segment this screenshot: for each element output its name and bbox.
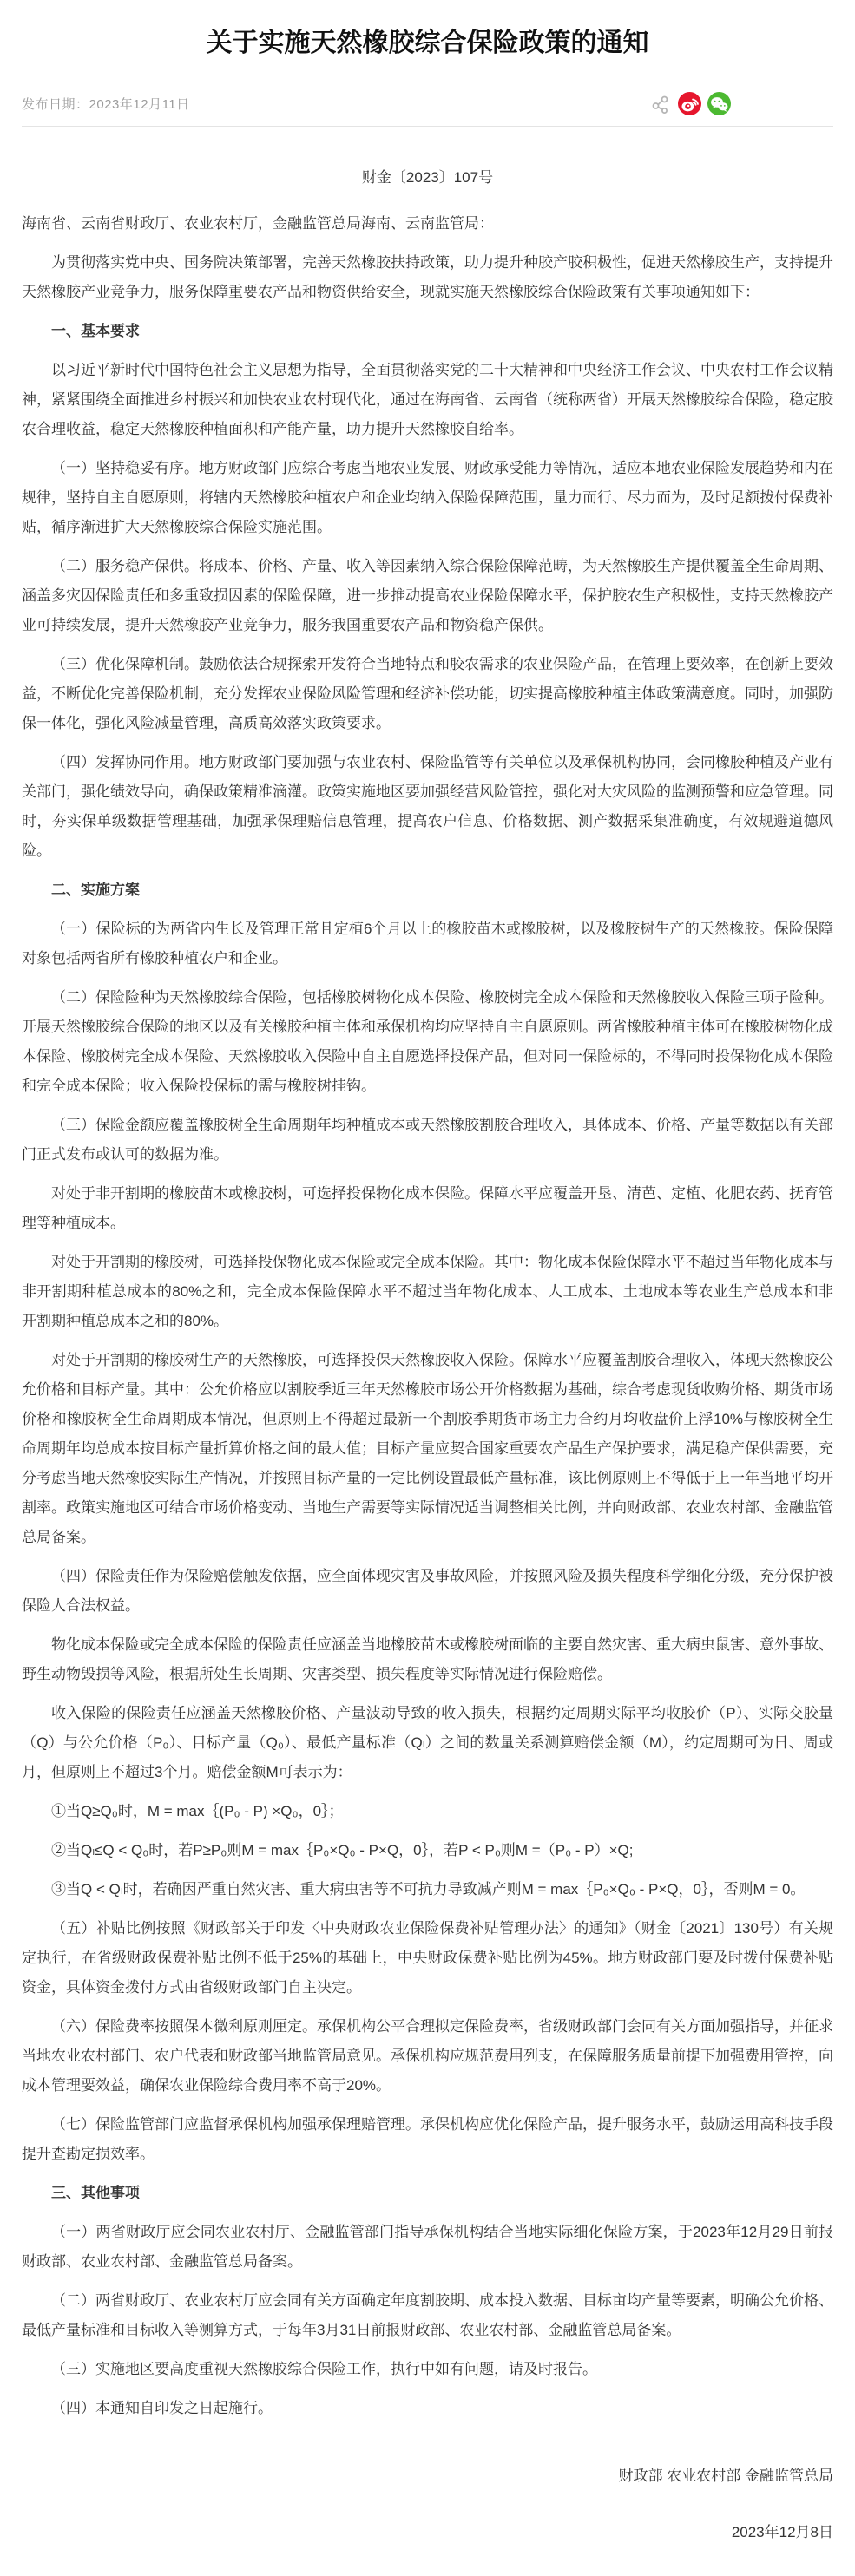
paragraph: （二）保险险种为天然橡胶综合保险，包括橡胶树物化成本保险、橡胶树完全成本保险和天… (22, 983, 833, 1101)
section-heading-2: 二、实施方案 (22, 875, 833, 905)
share-icon[interactable] (648, 92, 672, 115)
paragraph: （三）实施地区要高度重视天然橡胶综合保险工作，执行中如有问题，请及时报告。 (22, 2355, 833, 2384)
recipients-line: 海南省、云南省财政厅、农业农村厅，金融监管总局海南、云南监管局： (22, 209, 833, 239)
paragraph: 物化成本保险或完全成本保险的保险责任应涵盖当地橡胶苗木或橡胶树面临的主要自然灾害… (22, 1630, 833, 1689)
document-number: 财金〔2023〕107号 (22, 165, 833, 187)
weibo-icon[interactable] (678, 92, 701, 115)
formula-line-2: ②当Qₗ≤Q < Q₀时，若P≥P₀则M = max｛P₀×Q₀ - P×Q，0… (22, 1836, 833, 1865)
meta-row: 发布日期：2023年12月11日 (22, 92, 833, 127)
paragraph: 对处于开割期的橡胶树，可选择投保物化成本保险或完全成本保险。其中：物化成本保险保… (22, 1248, 833, 1336)
paragraph: （七）保险监管部门应监督承保机构加强承保理赔管理。承保机构应优化保险产品，提升服… (22, 2110, 833, 2169)
share-toolbar (648, 92, 833, 115)
notice-page: 关于实施天然橡胶综合保险政策的通知 发布日期：2023年12月11日 (0, 26, 855, 2541)
paragraph: 以习近平新时代中国特色社会主义思想为指导，全面贯彻落实党的二十大精神和中央经济工… (22, 356, 833, 444)
paragraph: 为贯彻落实党中央、国务院决策部署，完善天然橡胶扶持政策，助力提升种胶产胶积极性，… (22, 248, 833, 307)
paragraph: （四）本通知自印发之日起施行。 (22, 2394, 833, 2423)
paragraph: 收入保险的保险责任应涵盖天然橡胶价格、产量波动导致的收入损失，根据约定周期实际平… (22, 1699, 833, 1787)
paragraph: （一）保险标的为两省内生长及管理正常且定植6个月以上的橡胶苗木或橡胶树，以及橡胶… (22, 914, 833, 973)
document-body: 海南省、云南省财政厅、农业农村厅，金融监管总局海南、云南监管局： 为贯彻落实党中… (22, 209, 833, 2423)
paragraph: （二）服务稳产保供。将成本、价格、产量、收入等因素纳入综合保险保障范畴，为天然橡… (22, 552, 833, 640)
paragraph: （四）保险责任作为保险赔偿触发依据，应全面体现灾害及事故风险，并按照风险及损失程… (22, 1562, 833, 1621)
section-heading-1: 一、基本要求 (22, 317, 833, 346)
signature-date: 2023年12月8日 (22, 2520, 833, 2541)
paragraph: （六）保险费率按照保本微利原则厘定。承保机构公平合理拟定保险费率，省级财政部门会… (22, 2012, 833, 2101)
page-title: 关于实施天然橡胶综合保险政策的通知 (56, 26, 799, 61)
paragraph: （一）坚持稳妥有序。地方财政部门应综合考虑当地农业发展、财政承受能力等情况，适应… (22, 454, 833, 542)
paragraph: （二）两省财政厅、农业农村厅应会同有关方面确定年度割胶期、成本投入数据、目标亩均… (22, 2286, 833, 2345)
paragraph: （四）发挥协同作用。地方财政部门要加强与农业农村、保险监管等有关单位以及承保机构… (22, 748, 833, 866)
paragraph: （三）保险金额应覆盖橡胶树全生命周期年均种植成本或天然橡胶割胶合理收入，具体成本… (22, 1111, 833, 1170)
paragraph: （一）两省财政厅应会同农业农村厅、金融监管部门指导承保机构结合当地实际细化保险方… (22, 2218, 833, 2277)
formula-line-3: ③当Q < Qₗ时，若确因严重自然灾害、重大病虫害等不可抗力导致减产则M = m… (22, 1875, 833, 1904)
wechat-icon[interactable] (707, 92, 731, 115)
paragraph: 对处于开割期的橡胶树生产的天然橡胶，可选择投保天然橡胶收入保险。保障水平应覆盖割… (22, 1346, 833, 1552)
signature-organizations: 财政部 农业农村部 金融监管总局 (22, 2463, 833, 2485)
publish-date: 发布日期：2023年12月11日 (22, 95, 190, 113)
paragraph: （三）优化保障机制。鼓励依法合规探索开发符合当地特点和胶农需求的农业保险产品，在… (22, 650, 833, 738)
formula-line-1: ①当Q≥Q₀时，M = max｛(P₀ - P) ×Q₀，0｝； (22, 1797, 833, 1826)
publish-date-label: 发布日期： (22, 97, 89, 112)
paragraph: 对处于非开割期的橡胶苗木或橡胶树，可选择投保物化成本保险。保障水平应覆盖开垦、清… (22, 1179, 833, 1238)
publish-date-value: 2023年12月11日 (89, 97, 190, 112)
section-heading-3: 三、其他事项 (22, 2179, 833, 2208)
paragraph: （五）补贴比例按照《财政部关于印发〈中央财政农业保险保费补贴管理办法〉的通知》（… (22, 1914, 833, 2002)
